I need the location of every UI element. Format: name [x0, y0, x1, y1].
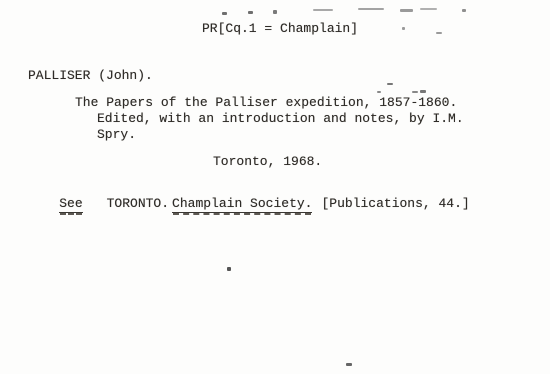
scan-artifact: [412, 91, 418, 93]
title-line-1: The Papers of the Palliser expedition, 1…: [75, 96, 457, 110]
see-reference-line: SeeTORONTO.Champlain Society.[Publicatio…: [28, 183, 470, 227]
scan-artifact: [313, 9, 333, 11]
scan-artifact: [402, 27, 405, 30]
scan-artifact: [462, 9, 466, 12]
see-publication-note: [Publications, 44.]: [321, 196, 469, 211]
title-line-2: Edited, with an introduction and notes, …: [97, 112, 464, 126]
catalog-card: PR[Cq.1 = Champlain] PALLISER (John). Th…: [0, 0, 550, 374]
author-heading: PALLISER (John).: [28, 69, 153, 83]
scan-artifact: [358, 8, 384, 10]
imprint: Toronto, 1968.: [213, 155, 322, 169]
scan-artifact: [248, 11, 253, 14]
scan-artifact: [346, 363, 352, 366]
title-line-3: Spry.: [97, 128, 136, 142]
see-target-sub: Champlain Society.: [172, 197, 312, 213]
scan-artifact: [420, 8, 437, 10]
scan-artifact: [222, 12, 227, 15]
scan-artifact: [273, 10, 277, 14]
see-word: See: [59, 197, 82, 213]
scan-artifact: [436, 32, 442, 34]
scan-artifact: [420, 90, 426, 93]
see-target-main: TORONTO.: [107, 196, 169, 211]
scan-artifact: [377, 91, 381, 93]
scan-artifact: [387, 83, 393, 85]
classmark: PR[Cq.1 = Champlain]: [202, 22, 358, 36]
scan-artifact: [400, 9, 413, 12]
scan-artifact: [227, 267, 231, 271]
